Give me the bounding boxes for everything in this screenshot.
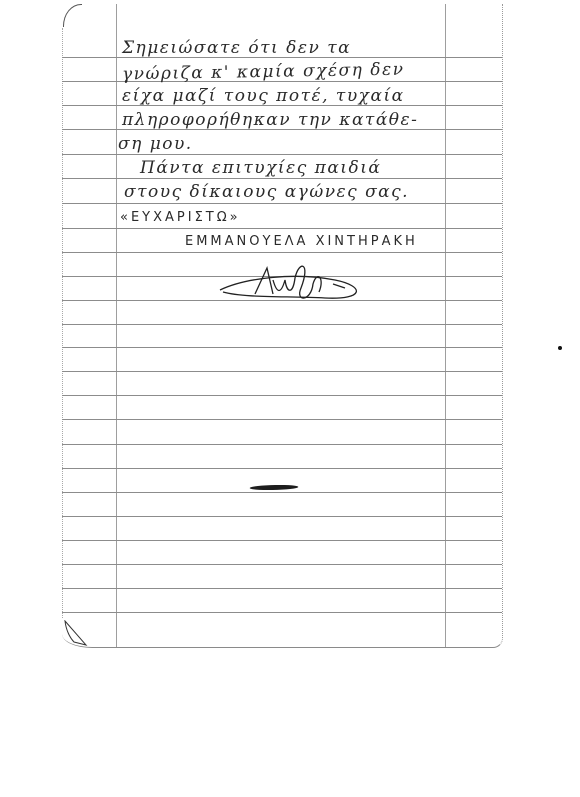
- rule-line: [62, 347, 502, 348]
- signature-mark: [215, 258, 375, 304]
- left-margin-line: [116, 4, 117, 647]
- rule-line: [62, 564, 502, 565]
- rule-line: [62, 612, 502, 613]
- rule-line: [62, 324, 502, 325]
- letter-closing: «ΕΥΧΑΡΙΣΤΩ»: [120, 210, 241, 225]
- rule-line: [62, 228, 502, 229]
- signatory-name: ΕΜΜΑΝΟΥΕΛΑ ΧΙΝΤΗΡΑΚΗ: [185, 234, 418, 249]
- letter-line-1: Σημειώσατε ότι δεν τα: [122, 38, 351, 58]
- rule-line: [62, 468, 502, 469]
- rule-line: [62, 588, 502, 589]
- letter-line-4: πληροφορήθηκαν την κατάθε-: [122, 110, 418, 130]
- letter-line-3: είχα μαζί τους ποτέ, τυχαία: [122, 86, 405, 106]
- letter-line-6: Πάντα επιτυχίες παιδιά: [140, 158, 381, 178]
- scan-speck: [558, 346, 562, 350]
- rule-line: [62, 154, 502, 155]
- rule-line: [62, 492, 502, 493]
- rule-line: [62, 444, 502, 445]
- letter-line-5: ση μου.: [118, 134, 193, 154]
- rule-line: [62, 540, 502, 541]
- rule-line: [62, 371, 502, 372]
- folded-corner: [64, 620, 92, 647]
- rule-line: [62, 419, 502, 420]
- rule-line: [62, 203, 502, 204]
- letter-line-7: στους δίκαιους αγώνες σας.: [124, 182, 409, 202]
- page-left-edge: [62, 28, 64, 618]
- right-margin-line: [445, 4, 446, 647]
- rule-line: [62, 178, 502, 179]
- rule-line: [62, 516, 502, 517]
- rule-line: [62, 395, 502, 396]
- rule-line: [62, 252, 502, 253]
